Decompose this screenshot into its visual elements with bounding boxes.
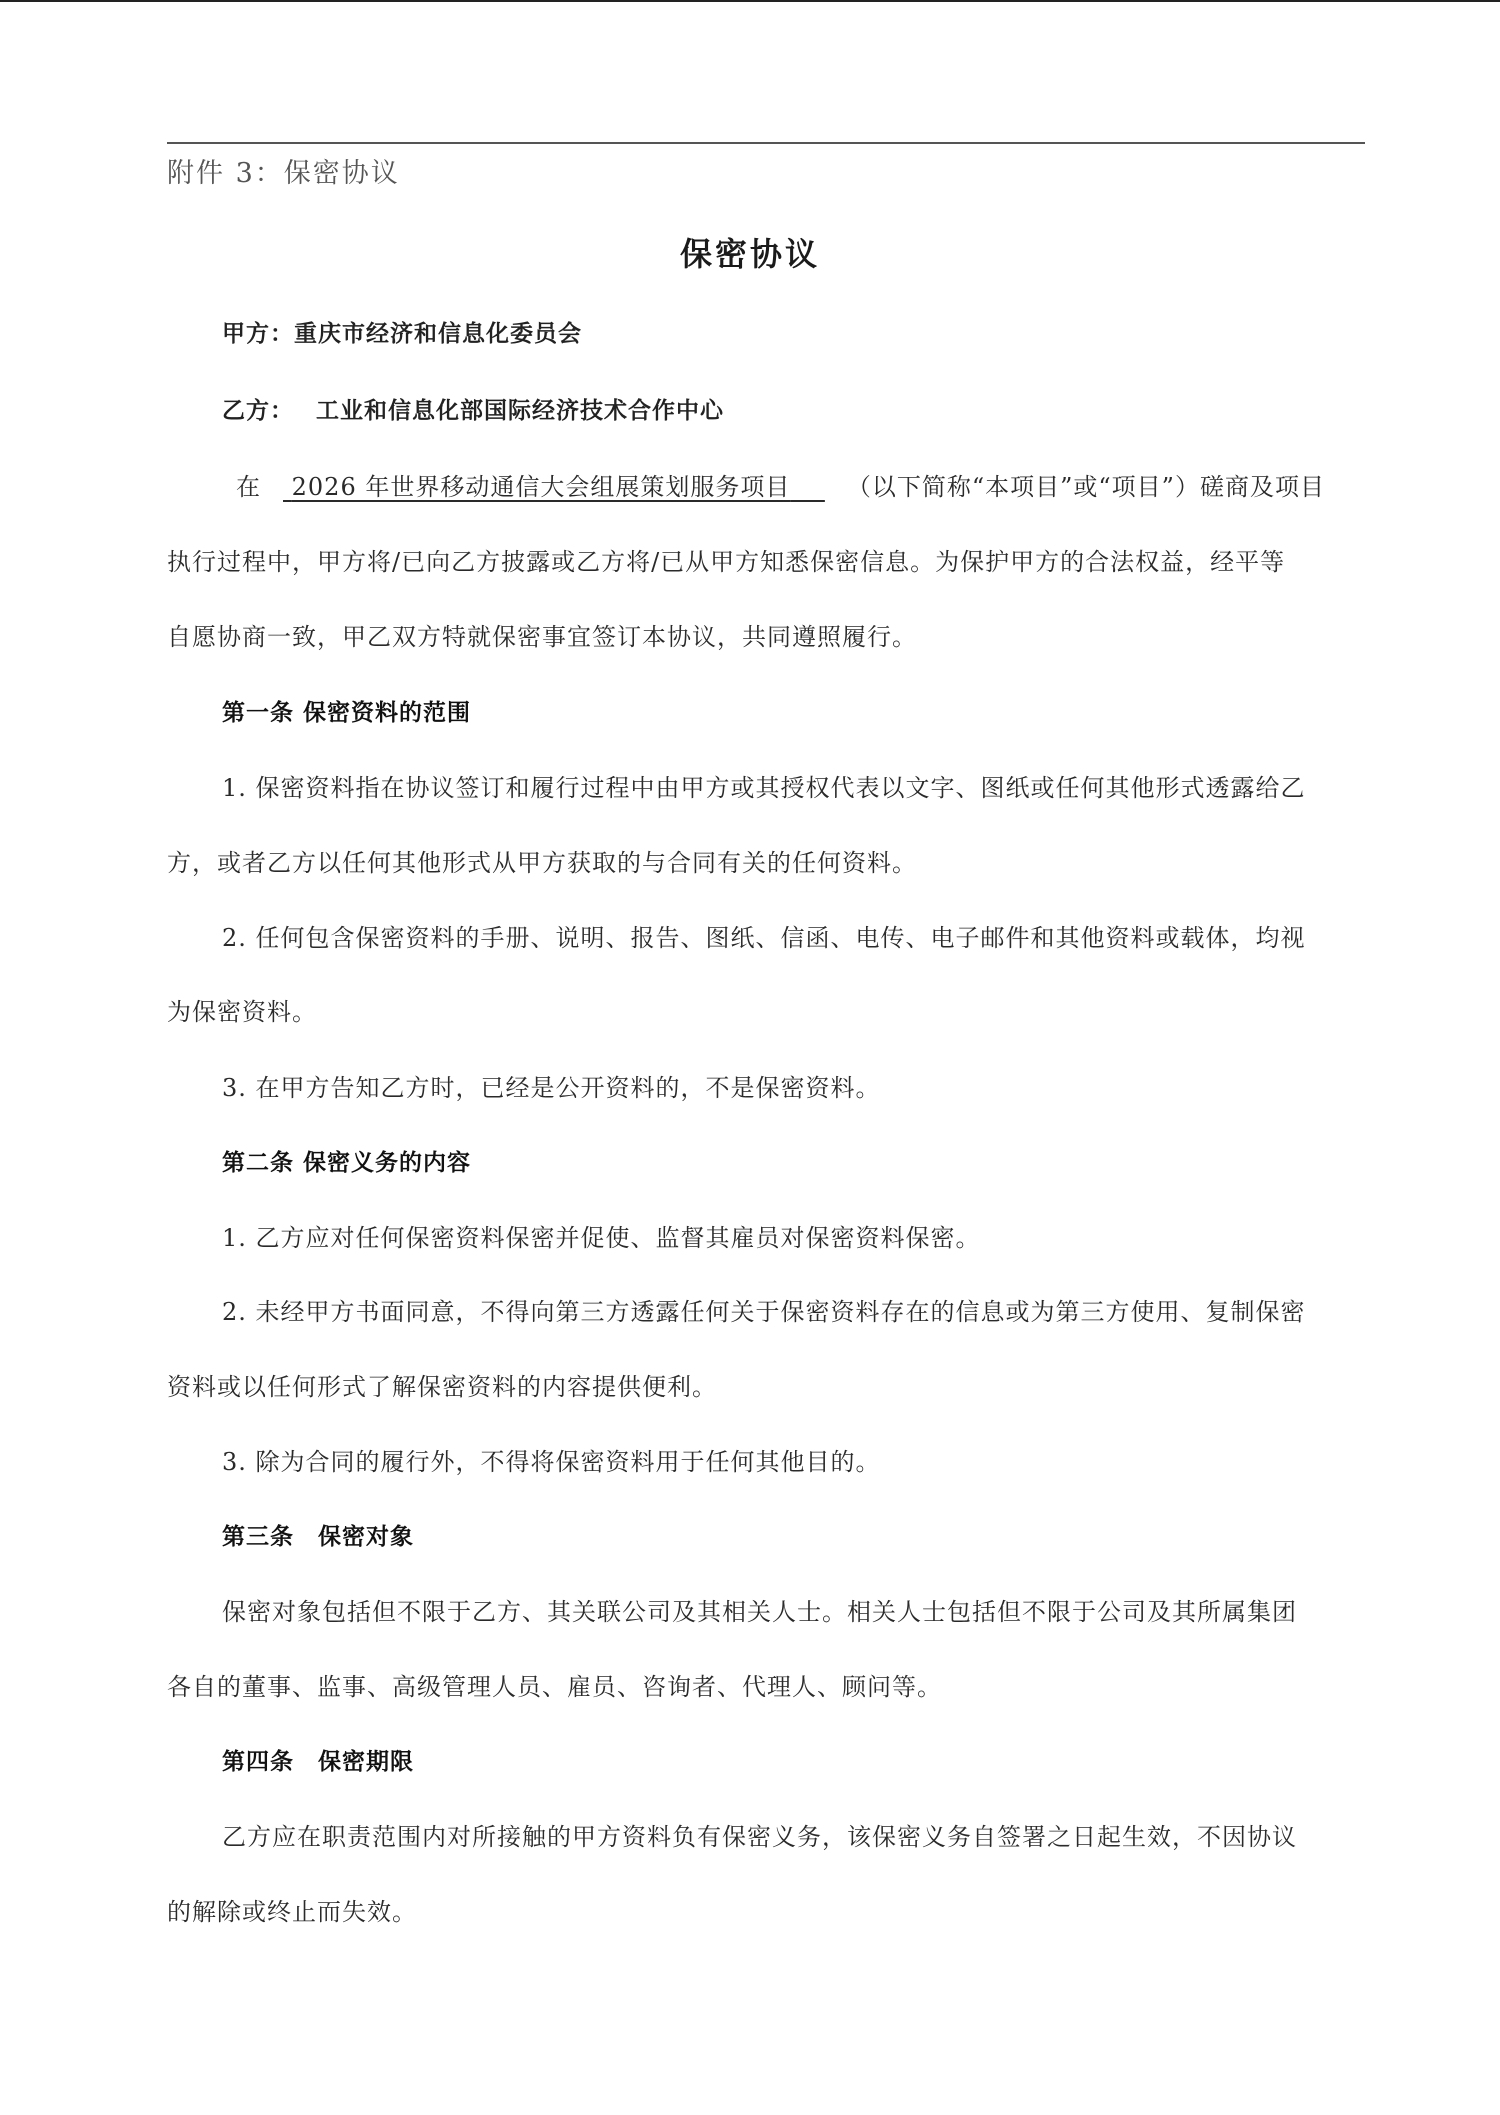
article-4-line-2: 的解除或终止而失效。 xyxy=(167,1896,417,1928)
article-3-heading: 第三条 保密对象 xyxy=(222,1521,414,1553)
article-2-item-2-line-1: 2. 未经甲方书面同意，不得向第三方透露任何关于保密资料存在的信息或为第三方使用… xyxy=(222,1296,1306,1328)
article-4-heading: 第四条 保密期限 xyxy=(222,1746,414,1778)
article-2-item-2-line-2: 资料或以任何形式了解保密资料的内容提供便利。 xyxy=(167,1371,717,1403)
party-b-name: 工业和信息化部国际经济技术合作中心 xyxy=(316,398,724,424)
article-1-item-2-line-1: 2. 任何包含保密资料的手册、说明、报告、图纸、信函、电传、电子邮件和其他资料或… xyxy=(222,922,1306,954)
party-b-label: 乙方： xyxy=(222,398,294,424)
article-1-item-1-line-2: 方，或者乙方以任何其他形式从甲方获取的与合同有关的任何资料。 xyxy=(167,847,917,879)
article-3-line-2: 各自的董事、监事、高级管理人员、雇员、咨询者、代理人、顾问等。 xyxy=(167,1671,942,1703)
header-rule xyxy=(167,142,1365,144)
preamble-line-1: 在 2026 年世界移动通信大会组展策划服务项目 （以下简称“本项目”或“项目”… xyxy=(236,471,1325,503)
article-1-item-2-line-2: 为保密资料。 xyxy=(167,996,317,1028)
party-b: 乙方：工业和信息化部国际经济技术合作中心 xyxy=(222,395,724,427)
preamble-line-3: 自愿协商一致，甲乙双方特就保密事宜签订本协议，共同遵照履行。 xyxy=(167,621,917,653)
preamble-prefix: 在 xyxy=(236,473,261,501)
article-1-item-3: 3. 在甲方告知乙方时，已经是公开资料的，不是保密资料。 xyxy=(222,1072,881,1104)
party-a: 甲方：重庆市经济和信息化委员会 xyxy=(222,318,582,350)
article-1-item-1-line-1: 1. 保密资料指在协议签订和履行过程中由甲方或其授权代表以文字、图纸或任何其他形… xyxy=(222,772,1306,804)
scan-border xyxy=(0,0,1500,2)
party-a-label: 甲方： xyxy=(222,321,294,347)
preamble-line-2: 执行过程中，甲方将/已向乙方披露或乙方将/已从甲方知悉保密信息。为保护甲方的合法… xyxy=(167,546,1285,578)
document-title: 保密协议 xyxy=(0,238,1500,270)
attachment-label: 附件 3：保密协议 xyxy=(167,158,400,190)
preamble-suffix: （以下简称“本项目”或“项目”）磋商及项目 xyxy=(847,473,1325,501)
article-3-line-1: 保密对象包括但不限于乙方、其关联公司及其相关人士。相关人士包括但不限于公司及其所… xyxy=(222,1596,1297,1628)
article-1-heading: 第一条 保密资料的范围 xyxy=(222,697,471,729)
project-name: 2026 年世界移动通信大会组展策划服务项目 xyxy=(283,473,825,501)
article-4-line-1: 乙方应在职责范围内对所接触的甲方资料负有保密义务，该保密义务自签署之日起生效，不… xyxy=(222,1821,1297,1853)
article-2-item-1: 1. 乙方应对任何保密资料保密并促使、监督其雇员对保密资料保密。 xyxy=(222,1222,981,1254)
party-a-name: 重庆市经济和信息化委员会 xyxy=(294,321,582,347)
article-2-heading: 第二条 保密义务的内容 xyxy=(222,1147,471,1179)
article-2-item-3: 3. 除为合同的履行外，不得将保密资料用于任何其他目的。 xyxy=(222,1446,881,1478)
